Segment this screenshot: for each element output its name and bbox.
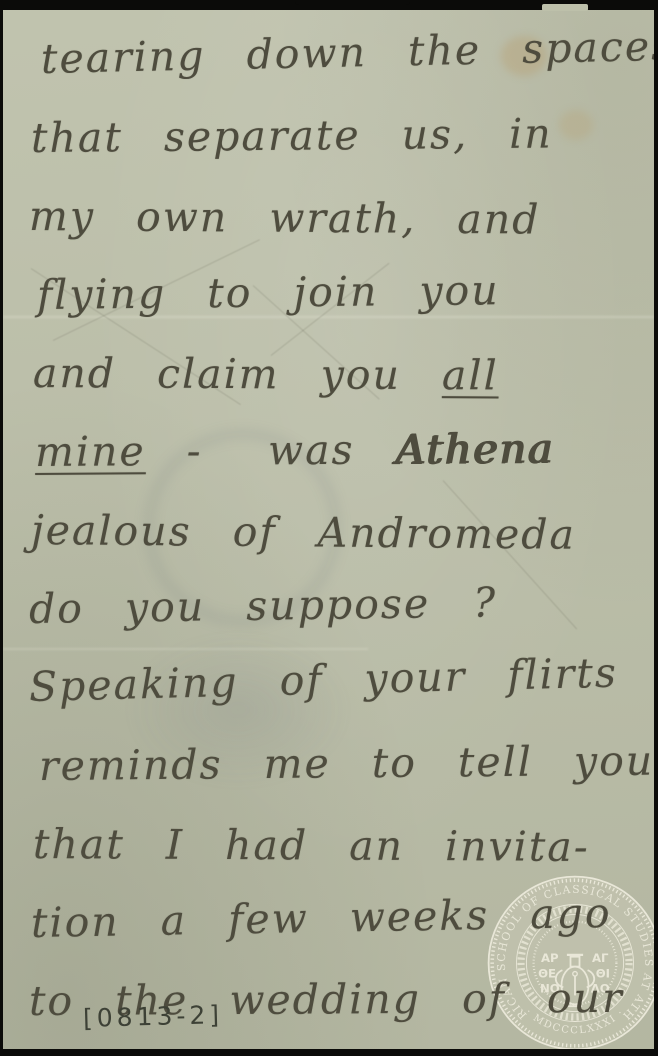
handwriting-segment: that separate us, in <box>31 109 553 162</box>
handwriting-line: mine - was Athena <box>35 408 651 491</box>
handwriting-segment: tion a few weeks ago <box>31 888 612 946</box>
letter-paper: AMERICAN SCHOOL OF CLASSICAL STUDIES AT … <box>3 10 654 1049</box>
handwriting-segment: Speaking of your flirts <box>28 649 618 711</box>
letter-body: tearing down the spacesthat separate us,… <box>29 20 650 1041</box>
handwriting-segment: jealous of Andromeda <box>31 506 576 559</box>
handwriting-segment: flying to join you <box>37 266 500 319</box>
handwriting-line: that separate us, in <box>31 93 651 177</box>
letter-scan: AMERICAN SCHOOL OF CLASSICAL STUDIES AT … <box>0 0 658 1056</box>
scan-border-bump <box>295 0 410 5</box>
handwriting-segment: and claim you <box>33 349 442 399</box>
handwriting-segment: my own wrath, and <box>29 192 541 244</box>
handwriting-segment: all <box>442 351 499 399</box>
handwriting-segment: that I had an invita- <box>33 820 590 871</box>
handwriting-line: tearing down the spaces <box>40 10 651 98</box>
handwriting-segment: - was <box>145 425 395 475</box>
handwriting-line: Speaking of your flirts <box>28 633 651 727</box>
handwriting-segment: do you suppose ? <box>29 578 498 633</box>
catalog-number: [0813-2] <box>83 1000 224 1033</box>
handwriting-segment: Athena <box>395 424 554 473</box>
handwriting-segment: tearing down the spaces <box>40 22 654 83</box>
handwriting-segment: mine <box>35 427 146 476</box>
handwriting-line: and claim you all <box>33 334 650 416</box>
handwriting-line: my own wrath, and <box>29 177 651 260</box>
handwriting-line: flying to join you <box>37 249 651 334</box>
handwriting-segment: reminds me to tell you <box>39 736 654 789</box>
handwriting-line: reminds me to tell you <box>39 721 651 805</box>
handwriting-line: tion a few weeks ago <box>30 873 650 962</box>
